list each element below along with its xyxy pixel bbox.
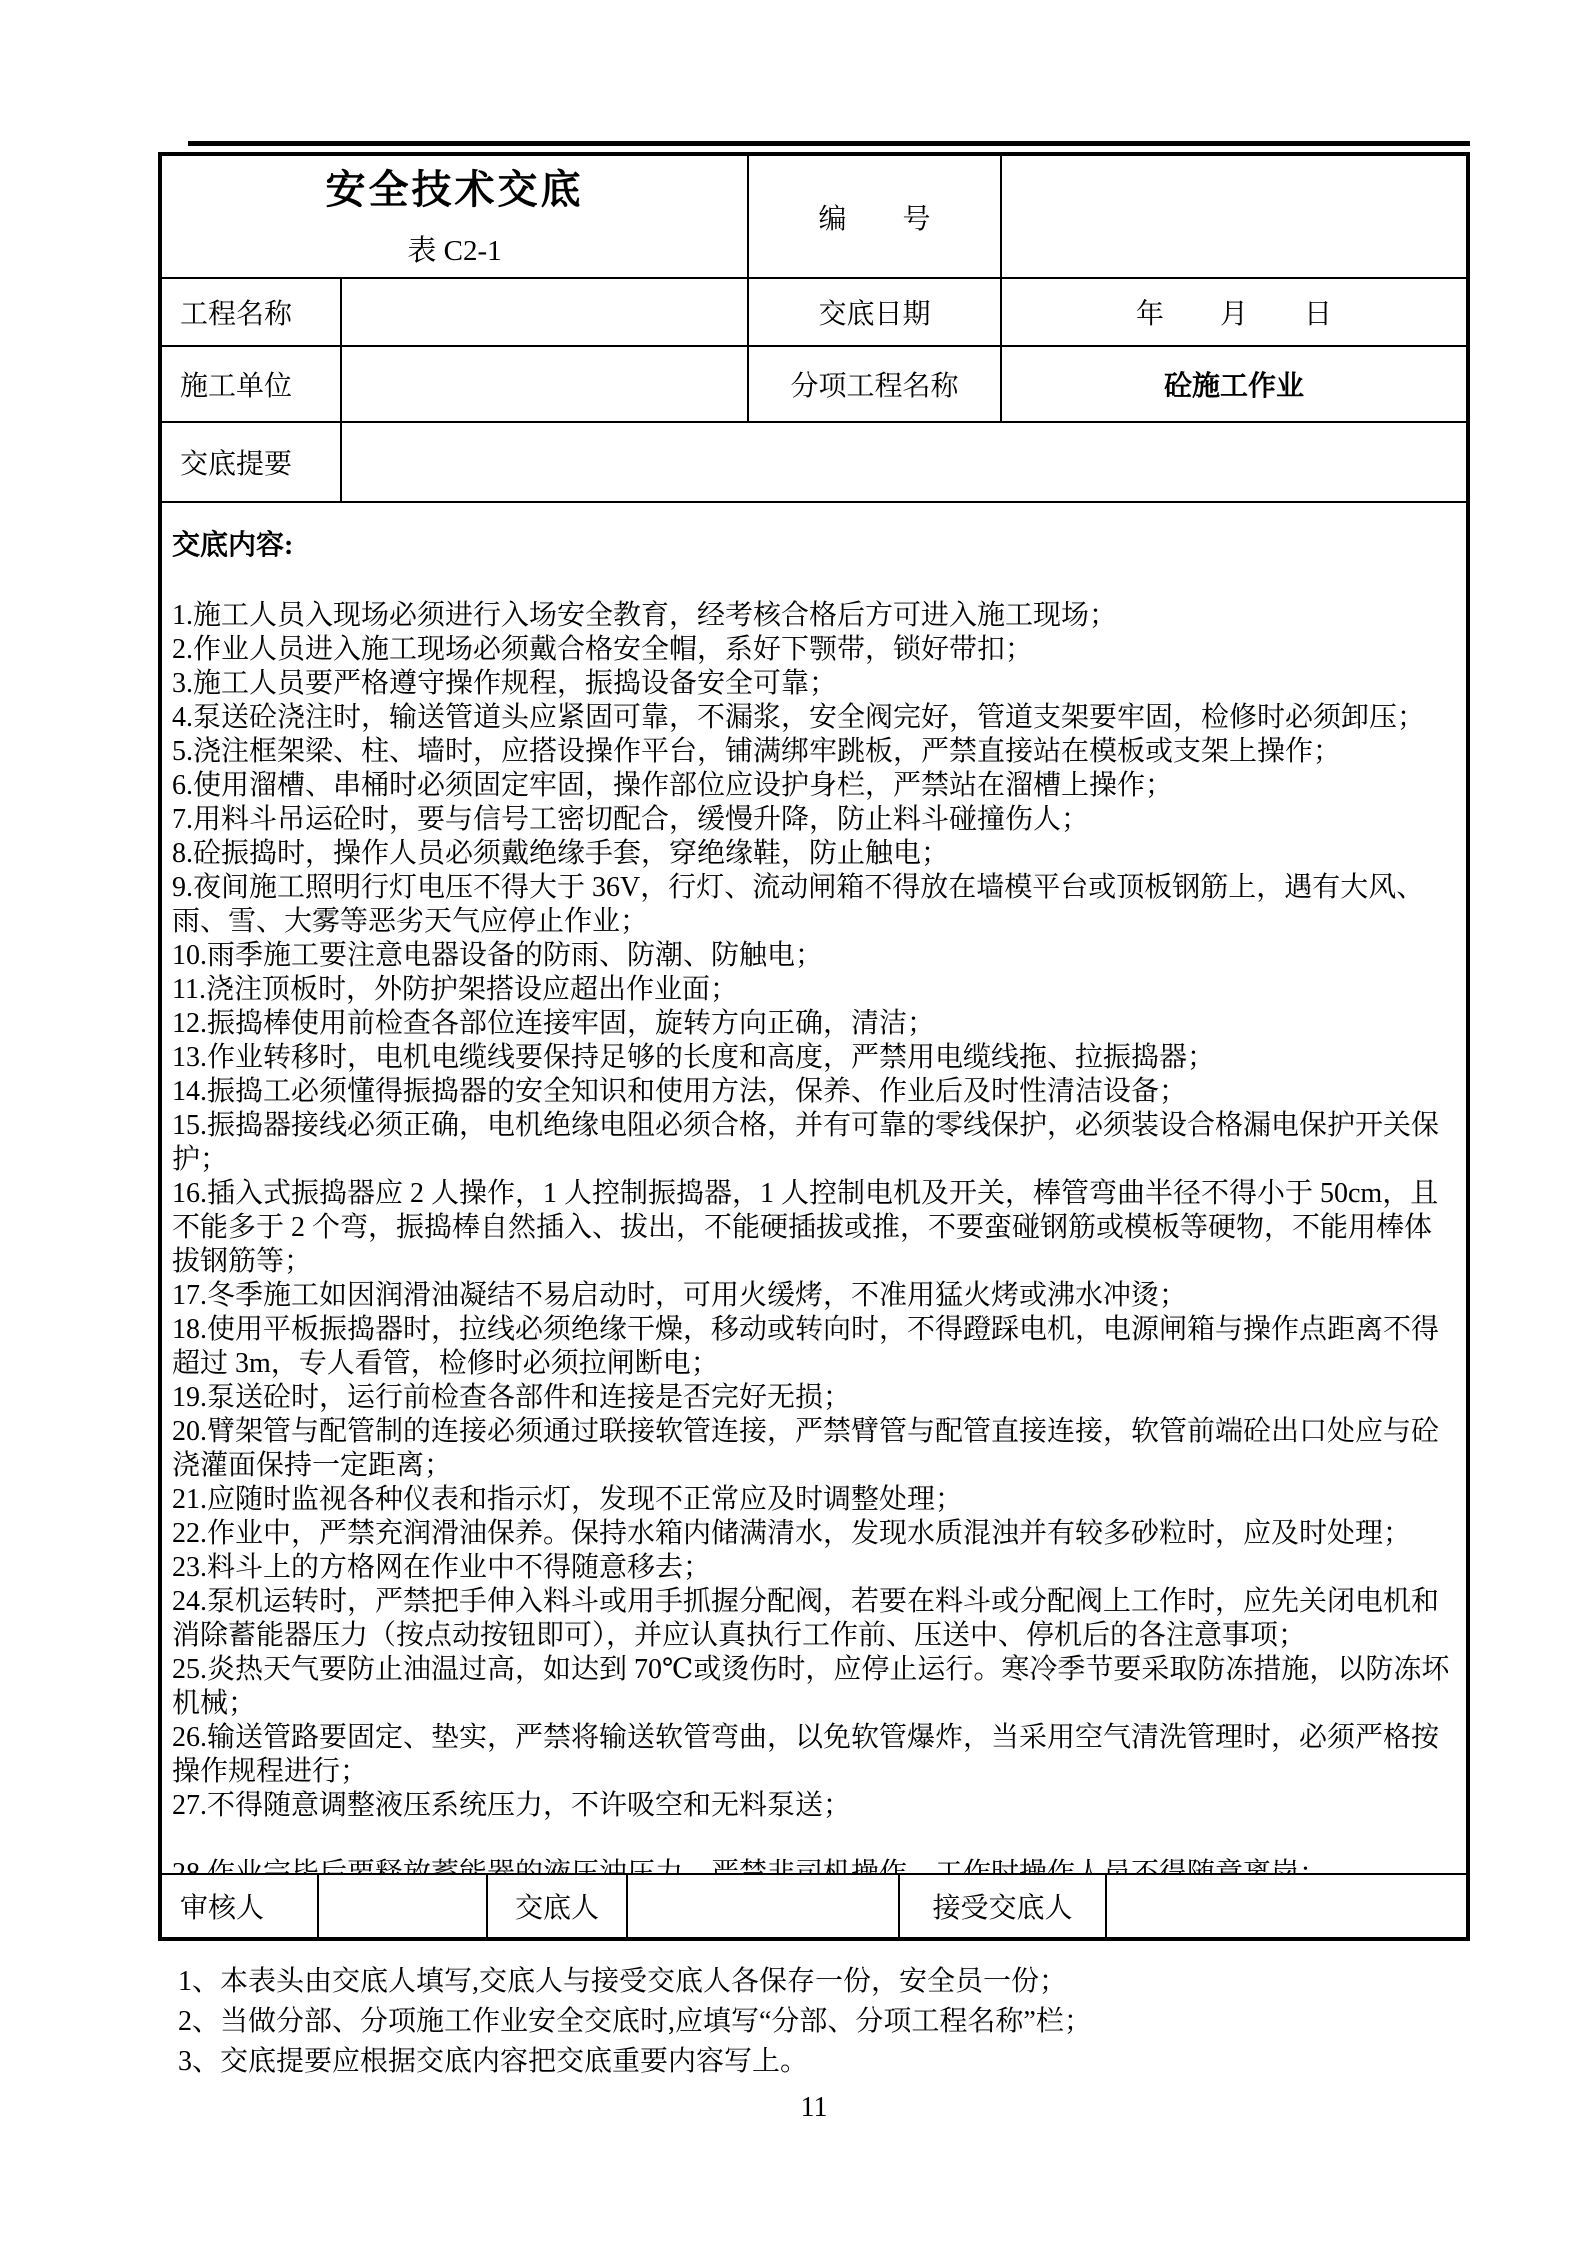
- content-item: 18.使用平板振捣器时，拉线必须绝缘干燥，移动或转向时，不得蹬踩电机，电源闸箱与…: [172, 1313, 1456, 1381]
- document-page: 安全技术交底 表 C2-1 编 号 工程名称 交底日期 年 月 日 施工单位 分…: [0, 0, 1587, 2245]
- construction-unit-value-cell: [342, 347, 749, 421]
- content-item: 12.振捣棒使用前检查各部位连接牢固，旋转方向正确，清洁；: [172, 1007, 1456, 1041]
- content-item: 26.输送管路要固定、垫实，严禁将输送软管弯曲，以免软管爆炸，当采用空气清洗管理…: [172, 1721, 1456, 1789]
- content-item: 7.用料斗吊运砼时，要与信号工密切配合，缓慢升降，防止料斗碰撞伤人；: [172, 803, 1456, 837]
- content-item: 8.砼振捣时，操作人员必须戴绝缘手套，穿绝缘鞋，防止触电；: [172, 837, 1456, 871]
- project-name-value-cell: [342, 279, 749, 345]
- summary-label: 交底提要: [162, 423, 342, 501]
- content-item: 2.作业人员进入施工现场必须戴合格安全帽，系好下颚带，锁好带扣；: [172, 633, 1456, 667]
- footnote-line: 1、本表头由交底人填写,交底人与接受交底人各保存一份，安全员一份；: [178, 1962, 1478, 2002]
- row-project: 工程名称 交底日期 年 月 日: [162, 279, 1466, 347]
- content-item: 1.施工人员入现场必须进行入场安全教育，经考核合格后方可进入施工现场；: [172, 599, 1456, 633]
- number-value-cell: [1002, 156, 1466, 277]
- content-item: [172, 1823, 1456, 1857]
- content-item: 25.炎热天气要防止油温过高，如达到 70℃或烫伤时，应停止运行。寒冷季节要采取…: [172, 1653, 1456, 1721]
- content-item: 6.使用溜槽、串桶时必须固定牢固，操作部位应设护身栏，严禁站在溜槽上操作；: [172, 769, 1456, 803]
- content-item: 11.浇注顶板时，外防护架搭设应超出作业面；: [172, 973, 1456, 1007]
- row-content: 交底内容: 1.施工人员入现场必须进行入场安全教育，经考核合格后方可进入施工现场…: [162, 503, 1466, 1875]
- content-item: 4.泵送砼浇注时，输送管道头应紧固可靠，不漏浆，安全阀完好，管道支架要牢固，检修…: [172, 701, 1456, 735]
- content-item: 9.夜间施工照明行灯电压不得大于 36V，行灯、流动闸箱不得放在墙模平台或顶板钢…: [172, 871, 1456, 939]
- number-label-cell: 编 号: [749, 156, 1002, 277]
- discloser-value-cell: [628, 1875, 900, 1937]
- top-rule: [188, 141, 1470, 146]
- content-heading: 交底内容:: [172, 529, 1456, 563]
- content-item: 20.臂架管与配管制的连接必须通过联接软管连接，严禁臂管与配管直接连接，软管前端…: [172, 1415, 1456, 1483]
- content-item: 22.作业中，严禁充润滑油保养。保持水箱内储满清水，发现水质混浊并有较多砂粒时，…: [172, 1517, 1456, 1551]
- content-item: 27.不得随意调整液压系统压力，不许吸空和无料泵送；: [172, 1789, 1456, 1823]
- disclosure-date-value-cell: 年 月 日: [1002, 279, 1466, 345]
- row-title: 安全技术交底 表 C2-1 编 号: [162, 156, 1466, 279]
- reviewer-value-cell: [319, 1875, 488, 1937]
- receiver-value-cell: [1107, 1875, 1466, 1937]
- content-item: 19.泵送砼时，运行前检查各部件和连接是否完好无损；: [172, 1381, 1456, 1415]
- content-cell: 交底内容: 1.施工人员入现场必须进行入场安全教育，经考核合格后方可进入施工现场…: [162, 503, 1466, 1873]
- footnote-line: 2、当做分部、分项施工作业安全交底时,应填写“分部、分项工程名称”栏；: [178, 2002, 1478, 2042]
- content-item: 21.应随时监视各种仪表和指示灯，发现不正常应及时调整处理；: [172, 1483, 1456, 1517]
- disclosure-date-label: 交底日期: [749, 279, 1002, 345]
- content-item: 13.作业转移时，电机电缆线要保持足够的长度和高度，严禁用电缆线拖、拉振捣器；: [172, 1041, 1456, 1075]
- content-item: 17.冬季施工如因润滑油凝结不易启动时，可用火缓烤，不准用猛火烤或沸水冲烫；: [172, 1279, 1456, 1313]
- title-cell: 安全技术交底 表 C2-1: [162, 156, 749, 277]
- discloser-label: 交底人: [488, 1875, 628, 1937]
- receiver-label: 接受交底人: [900, 1875, 1107, 1937]
- row-unit: 施工单位 分项工程名称 砼施工作业: [162, 347, 1466, 423]
- content-item: 3.施工人员要严格遵守操作规程，振捣设备安全可靠；: [172, 667, 1456, 701]
- content-item: 28.作业完毕后要释放蓄能器的液压油压力，严禁非司机操作，工作时操作人员不得随意…: [172, 1857, 1456, 1873]
- content-item: 16.插入式振捣器应 2 人操作，1 人控制振捣器，1 人控制电机及开关，棒管弯…: [172, 1177, 1456, 1279]
- sub-project-label: 分项工程名称: [749, 347, 1002, 421]
- document-title: 安全技术交底: [326, 167, 584, 213]
- content-item-list: 1.施工人员入现场必须进行入场安全教育，经考核合格后方可进入施工现场；2.作业人…: [172, 599, 1456, 1873]
- content-item: 24.泵机运转时，严禁把手伸入料斗或用手抓握分配阀，若要在料斗或分配阀上工作时，…: [172, 1585, 1456, 1653]
- reviewer-label: 审核人: [162, 1875, 319, 1937]
- row-signatures: 审核人 交底人 接受交底人: [162, 1875, 1466, 1937]
- content-item: 23.料斗上的方格网在作业中不得随意移去；: [172, 1551, 1456, 1585]
- content-item: 5.浇注框架梁、柱、墙时，应搭设操作平台，铺满绑牢跳板，严禁直接站在模板或支架上…: [172, 735, 1456, 769]
- construction-unit-label: 施工单位: [162, 347, 342, 421]
- form-code: 表 C2-1: [407, 235, 501, 267]
- content-item: 15.振捣器接线必须正确，电机绝缘电阻必须合格，并有可靠的零线保护，必须装设合格…: [172, 1109, 1456, 1177]
- disclosure-form-table: 安全技术交底 表 C2-1 编 号 工程名称 交底日期 年 月 日 施工单位 分…: [158, 152, 1470, 1941]
- sub-project-value: 砼施工作业: [1002, 347, 1466, 421]
- project-name-label: 工程名称: [162, 279, 342, 345]
- row-summary: 交底提要: [162, 423, 1466, 503]
- page-number: 11: [158, 2092, 1470, 2124]
- content-item: 14.振捣工必须懂得振捣器的安全知识和使用方法，保养、作业后及时性清洁设备；: [172, 1075, 1456, 1109]
- summary-value-cell: [342, 423, 1466, 501]
- content-item: 10.雨季施工要注意电器设备的防雨、防潮、防触电；: [172, 939, 1456, 973]
- footnote-list: 1、本表头由交底人填写,交底人与接受交底人各保存一份，安全员一份；2、当做分部、…: [178, 1962, 1478, 2082]
- footnote-line: 3、交底提要应根据交底内容把交底重要内容写上。: [178, 2042, 1478, 2082]
